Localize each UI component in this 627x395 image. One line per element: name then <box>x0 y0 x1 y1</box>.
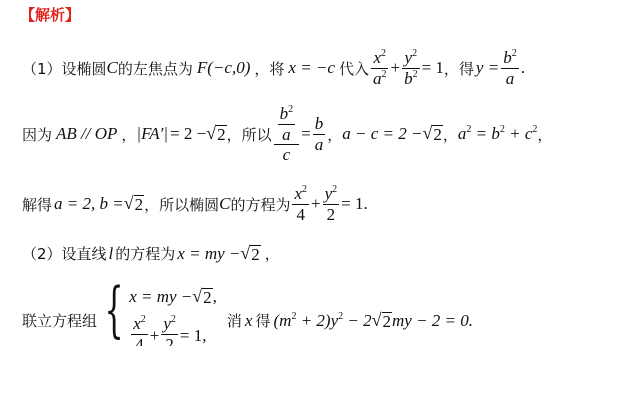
fraction: x2 a2 <box>371 48 389 88</box>
math-parallel: AB // OP <box>56 124 117 144</box>
math-pythagoras: a2 = b2 + c2 <box>458 124 538 144</box>
math-result: (m2 + 2)y2 − 2 <box>273 311 371 331</box>
system-row-2: x2 4 + y2 2 = 1, <box>129 314 217 346</box>
fraction: b a <box>313 114 326 154</box>
text: 的左焦点为 <box>118 58 193 79</box>
fraction: y2 2 <box>323 184 340 224</box>
text: （1）设椭圆 <box>22 58 107 79</box>
left-brace-icon: { <box>105 280 124 346</box>
fraction: b2 a <box>501 48 519 88</box>
sqrt: √2 <box>240 243 260 265</box>
math-abs: |FA′| <box>136 124 168 144</box>
math-var: C <box>107 58 118 78</box>
fraction: x2 4 <box>292 184 309 224</box>
system-row-1: x = my − √2 , <box>129 280 217 314</box>
part2-line4: （2）设直线 l 的方程为 x = my − √2 ， <box>22 243 280 265</box>
sqrt: √2 <box>124 193 144 215</box>
math-focus: F(−c,0) <box>197 58 250 78</box>
part2-line5: 联立方程组 { x = my − √2 , x2 4 + y2 2 <box>22 280 473 346</box>
fraction: y2 b2 <box>402 48 420 88</box>
sqrt: √2 <box>206 123 226 145</box>
text: 代入 <box>339 58 369 79</box>
nested-fraction: b2 a c <box>274 104 300 165</box>
sqrt: √2 <box>423 123 443 145</box>
part1-line2: 因为 AB // OP ， |FA′| = 2 − √2 ，所以 b2 a c … <box>22 104 552 165</box>
math-sub: x = −c <box>288 58 335 78</box>
section-header: 【解析】 <box>20 4 80 25</box>
part1-line3: 解得 a = 2, b = √2 ，所以椭圆 C 的方程为 x2 4 + y2 … <box>22 184 368 224</box>
text: ，将 <box>254 58 284 79</box>
part1-line1: （1）设椭圆 C 的左焦点为 F(−c,0) ，将 x = −c 代入 x2 a… <box>22 48 525 88</box>
equation-system: { x = my − √2 , x2 4 + y2 2 = 1, <box>99 280 217 346</box>
